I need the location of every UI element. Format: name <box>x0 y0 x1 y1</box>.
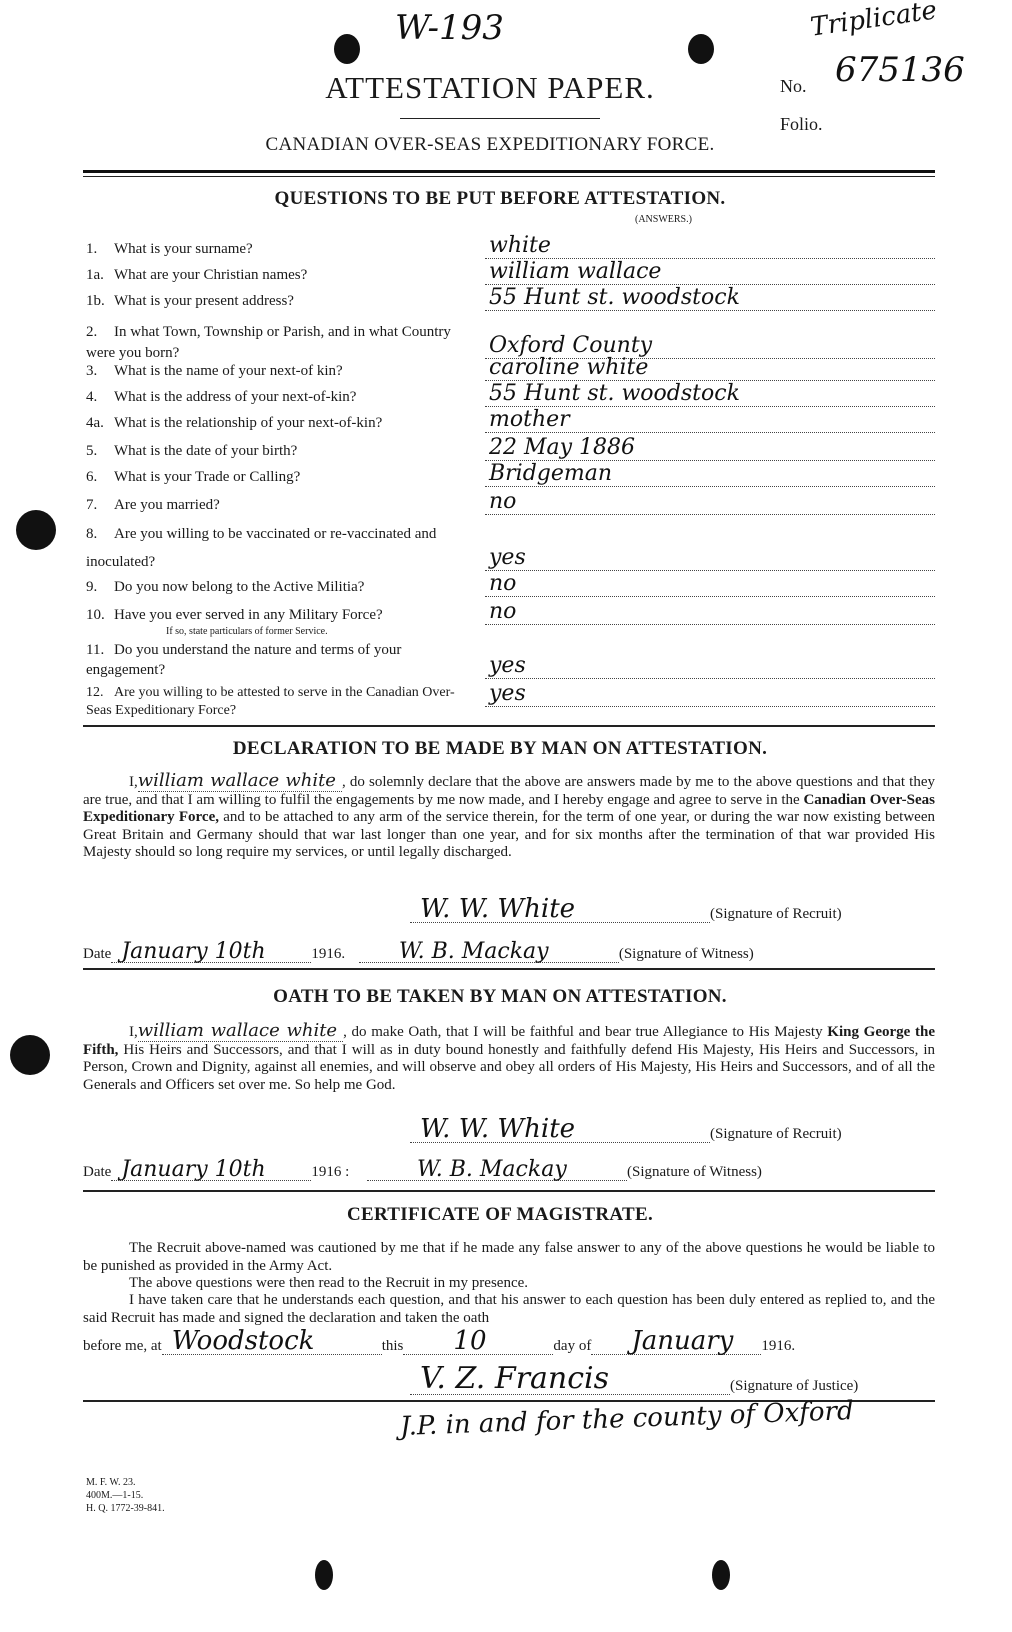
declaration-recruit-signature-row: W. W. White(Signature of Recruit) <box>410 900 842 923</box>
question-4a: 4a.What is the relationship of your next… <box>86 412 466 434</box>
question-1: 1.What is your surname? <box>86 238 466 260</box>
answer-4: 55 Hunt st. woodstock <box>485 384 935 407</box>
oath-witness-signature: W. B. Mackay <box>417 1157 567 1182</box>
question-11: 11.Do you understand the nature and term… <box>86 640 466 680</box>
answer-1: white <box>485 236 935 259</box>
answer-6: Bridgeman <box>485 464 935 487</box>
justice-signature-row: V. Z. Francis(Signature of Justice) <box>410 1372 858 1395</box>
declaration-name: william wallace white <box>138 770 342 792</box>
title-divider <box>400 118 600 119</box>
oath-recruit-signature: W. W. White <box>420 1114 575 1144</box>
question-6: 6.What is your Trade or Calling? <box>86 466 466 488</box>
question-5: 5.What is the date of your birth? <box>86 440 466 462</box>
answer-12: yes <box>485 684 935 707</box>
punch-hole-bottom-left <box>315 1560 333 1590</box>
document-title: ATTESTATION PAPER. <box>0 70 980 106</box>
declaration-text: I,william wallace white, do solemnly dec… <box>83 772 935 862</box>
oath-text: I,william wallace white, do make Oath, t… <box>83 1022 935 1094</box>
oath-recruit-signature-row: W. W. White(Signature of Recruit) <box>410 1120 842 1143</box>
folio-label: Folio. <box>780 114 823 135</box>
answer-3: caroline white <box>485 358 935 381</box>
question-10: 10.Have you ever served in any Military … <box>86 604 466 638</box>
question-9: 9.Do you now belong to the Active Militi… <box>86 576 466 598</box>
question-1a: 1a.What are your Christian names? <box>86 264 466 286</box>
answer-11: yes <box>485 656 935 679</box>
justice-title: J.P. in and for the county of Oxford <box>400 1396 854 1442</box>
punch-hole-bottom-right <box>712 1560 730 1590</box>
questions-section-title: QUESTIONS TO BE PUT BEFORE ATTESTATION. <box>0 188 1000 210</box>
handwritten-triplicate: Triplicate <box>809 0 939 43</box>
form-code-1: M. F. W. 23. <box>86 1476 136 1489</box>
punch-hole-top-right <box>688 34 714 64</box>
punch-hole-left-lower <box>10 1035 50 1075</box>
oath-name: william wallace white <box>138 1020 343 1042</box>
question-1b: 1b.What is your present address? <box>86 290 466 312</box>
form-code-3: H. Q. 1772-39-841. <box>86 1502 165 1515</box>
magistrate-para-1: The Recruit above-named was cautioned by… <box>83 1240 935 1275</box>
magistrate-para-2: The above questions were then read to th… <box>83 1275 935 1293</box>
oath-end-rule <box>83 1190 935 1192</box>
question-4: 4.What is the address of your next-of-ki… <box>86 386 466 408</box>
declaration-end-rule <box>83 968 935 970</box>
declaration-date-row: DateJanuary 10th1916. W. B. Mackay(Signa… <box>83 940 754 963</box>
justice-signature: V. Z. Francis <box>420 1361 609 1396</box>
magistrate-para-3: I have taken care that he understands ea… <box>83 1292 935 1327</box>
answer-1a: william wallace <box>485 262 935 285</box>
document-subtitle: CANADIAN OVER-SEAS EXPEDITIONARY FORCE. <box>0 134 980 156</box>
question-12: 12.Are you willing to be attested to ser… <box>86 684 466 720</box>
regimental-no-label: No. <box>780 76 807 97</box>
question-3: 3.What is the name of your next-of kin? <box>86 360 466 382</box>
punch-hole-left-upper <box>16 510 56 550</box>
question-7: 7.Are you married? <box>86 494 466 516</box>
oath-title: OATH TO BE TAKEN BY MAN ON ATTESTATION. <box>0 986 1000 1008</box>
header-rule <box>83 170 935 173</box>
punch-hole-top-left <box>334 34 360 64</box>
handwritten-reference: W-193 <box>395 8 504 48</box>
header-rule-thin <box>83 176 935 177</box>
question-8: 8.Are you willing to be vaccinated or re… <box>86 520 466 576</box>
answer-9: no <box>485 574 935 597</box>
answer-1b: 55 Hunt st. woodstock <box>485 288 935 311</box>
form-code-2: 400M.—1-15. <box>86 1489 143 1502</box>
question-2: 2.In what Town, Township or Parish, and … <box>86 322 466 364</box>
answers-column-header: (ANSWERS.) <box>635 214 692 225</box>
answer-4a: mother <box>485 410 935 433</box>
magistrate-place-date-row: before me, atWoodstockthis10day ofJanuar… <box>83 1332 795 1355</box>
regimental-no-value: 675136 <box>835 50 965 90</box>
declaration-title: DECLARATION TO BE MADE BY MAN ON ATTESTA… <box>0 738 1000 760</box>
answer-7: no <box>485 492 935 515</box>
oath-date-row: DateJanuary 10th1916 : W. B. Mackay(Sign… <box>83 1158 762 1181</box>
answer-5: 22 May 1886 <box>485 438 935 461</box>
witness-signature: W. B. Mackay <box>399 939 549 964</box>
answer-8: yes <box>485 548 935 571</box>
questions-end-rule <box>83 725 935 727</box>
magistrate-title: CERTIFICATE OF MAGISTRATE. <box>0 1204 1000 1226</box>
answer-10: no <box>485 602 935 625</box>
recruit-signature: W. W. White <box>420 894 575 924</box>
